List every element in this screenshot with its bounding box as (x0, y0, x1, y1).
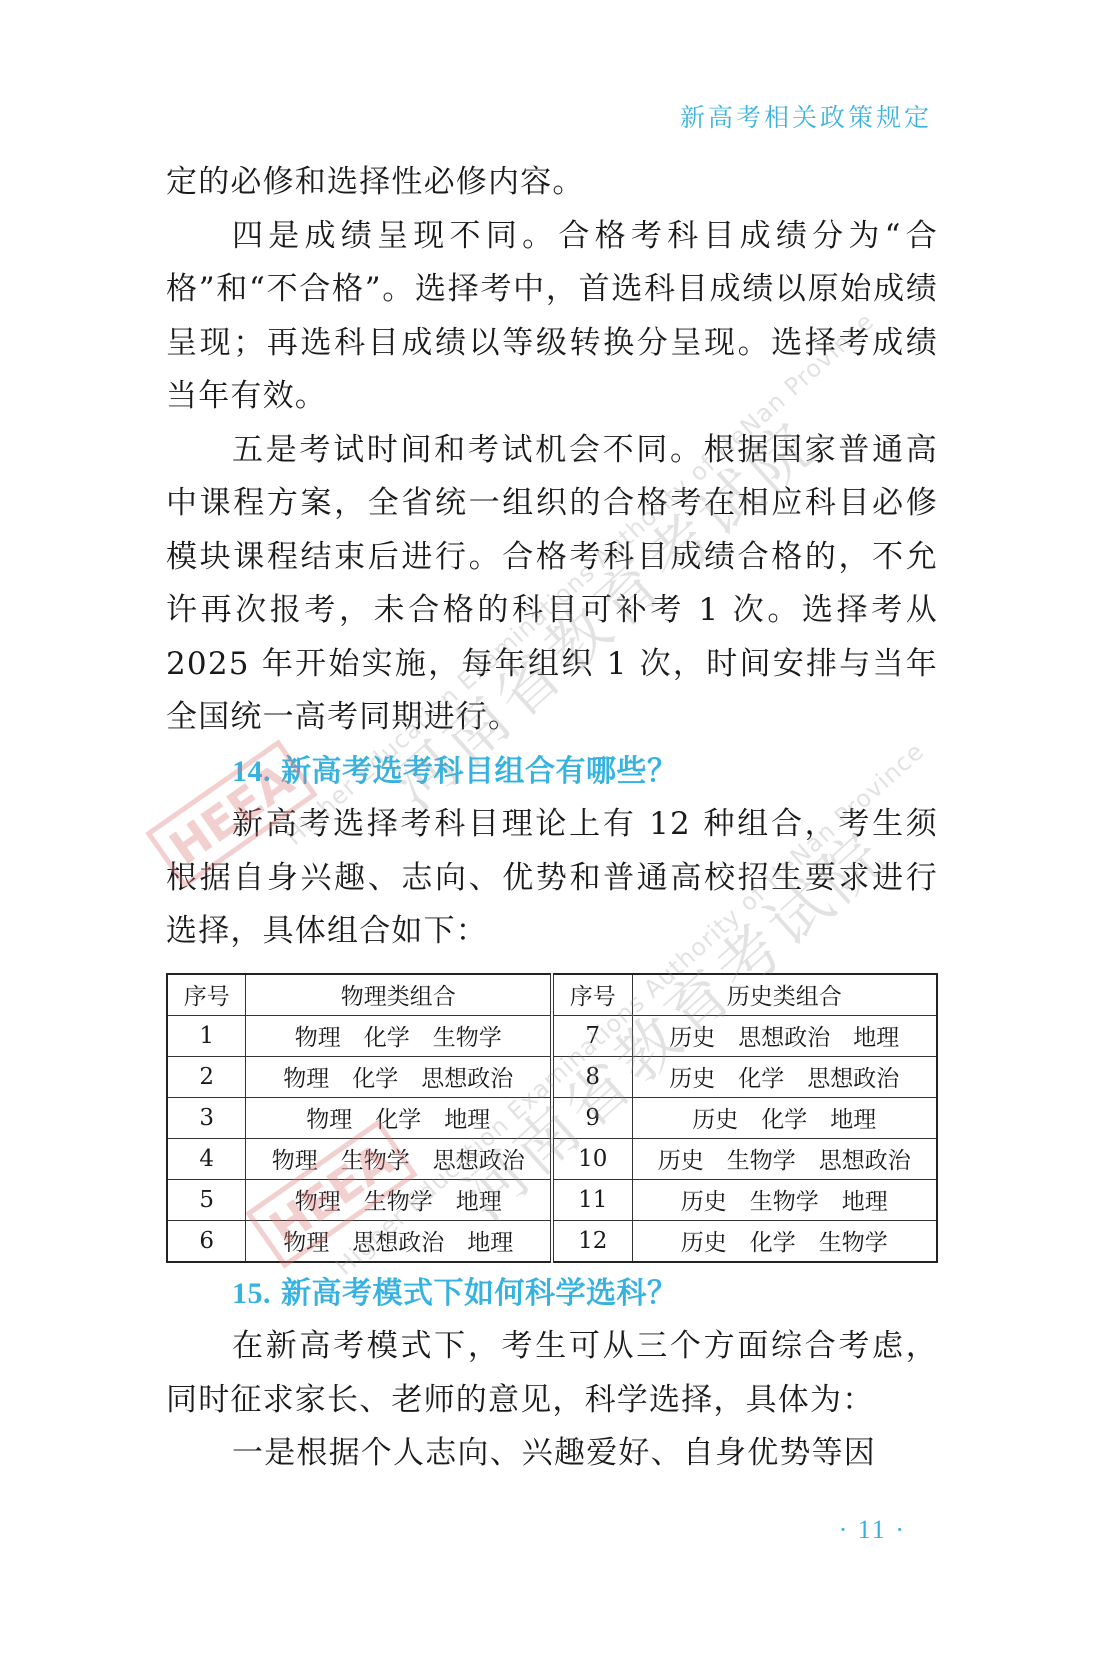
cell-physics-combo: 物理 化学 地理 (246, 1097, 552, 1138)
paragraph: 一是根据个人志向、兴趣爱好、自身优势等因 (166, 1427, 938, 1481)
paragraph: 五是考试时间和考试机会不同。根据国家普通高中课程方案，全省统一组织的合格考在相应… (166, 424, 938, 745)
cell-index: 11 (552, 1179, 632, 1220)
page-number: · 11 · (839, 1515, 906, 1545)
paragraph: 新高考选择考科目理论上有 12 种组合，考生须根据自身兴趣、志向、优势和普通高校… (166, 798, 938, 959)
cell-index: 12 (552, 1220, 632, 1262)
paragraph: 在新高考模式下，考生可从三个方面综合考虑，同时征求家长、老师的意见，科学选择，具… (166, 1320, 938, 1427)
running-head: 新高考相关政策规定 (680, 98, 932, 134)
section-heading-15: 15.新高考模式下如何科学选科？ (166, 1267, 938, 1321)
book-page: 新高考相关政策规定 定的必修和选择性必修内容。 四是成绩呈现不同。合格考科目成绩… (0, 0, 1102, 1654)
table-header-row: 序号 物理类组合 序号 历史类组合 (167, 974, 937, 1016)
cell-physics-combo: 物理 化学 思想政治 (246, 1056, 552, 1097)
cell-index: 5 (167, 1179, 246, 1220)
cell-physics-combo: 物理 思想政治 地理 (246, 1220, 552, 1262)
cell-index: 7 (552, 1015, 632, 1056)
cell-physics-combo: 物理 生物学 地理 (246, 1179, 552, 1220)
table-row: 2 物理 化学 思想政治 8 历史 化学 思想政治 (167, 1056, 937, 1097)
table-row: 4 物理 生物学 思想政治 10 历史 生物学 思想政治 (167, 1138, 937, 1179)
cell-history-combo: 历史 思想政治 地理 (632, 1015, 937, 1056)
cell-history-combo: 历史 化学 地理 (632, 1097, 937, 1138)
section-number: 15. (232, 1277, 271, 1310)
cell-index: 10 (552, 1138, 632, 1179)
section-number: 14. (232, 755, 271, 788)
cell-history-combo: 历史 化学 生物学 (632, 1220, 937, 1262)
paragraph: 四是成绩呈现不同。合格考科目成绩分为“合格”和“不合格”。选择考中，首选科目成绩… (166, 210, 938, 424)
cell-index: 2 (167, 1056, 246, 1097)
section-title: 新高考模式下如何科学选科？ (281, 1276, 678, 1311)
cell-index: 1 (167, 1015, 246, 1056)
cell-index: 8 (552, 1056, 632, 1097)
section-heading-14: 14.新高考选考科目组合有哪些？ (166, 745, 938, 799)
table-row: 6 物理 思想政治 地理 12 历史 化学 生物学 (167, 1220, 937, 1262)
header-physics-combo: 物理类组合 (246, 974, 552, 1016)
table-row: 5 物理 生物学 地理 11 历史 生物学 地理 (167, 1179, 937, 1220)
paragraph: 定的必修和选择性必修内容。 (166, 156, 938, 210)
header-index: 序号 (167, 974, 246, 1016)
cell-history-combo: 历史 生物学 思想政治 (632, 1138, 937, 1179)
section-title: 新高考选考科目组合有哪些？ (281, 754, 678, 789)
page-content: 定的必修和选择性必修内容。 四是成绩呈现不同。合格考科目成绩分为“合格”和“不合… (166, 156, 938, 1481)
cell-index: 9 (552, 1097, 632, 1138)
cell-index: 4 (167, 1138, 246, 1179)
cell-physics-combo: 物理 化学 生物学 (246, 1015, 552, 1056)
cell-history-combo: 历史 化学 思想政治 (632, 1056, 937, 1097)
subject-combination-table: 序号 物理类组合 序号 历史类组合 1 物理 化学 生物学 7 历史 思想政治 … (166, 973, 938, 1263)
header-history-combo: 历史类组合 (632, 974, 937, 1016)
cell-index: 6 (167, 1220, 246, 1262)
cell-history-combo: 历史 生物学 地理 (632, 1179, 937, 1220)
header-index: 序号 (552, 974, 632, 1016)
cell-index: 3 (167, 1097, 246, 1138)
combination-table-wrap: 序号 物理类组合 序号 历史类组合 1 物理 化学 生物学 7 历史 思想政治 … (166, 973, 938, 1263)
table-row: 3 物理 化学 地理 9 历史 化学 地理 (167, 1097, 937, 1138)
table-row: 1 物理 化学 生物学 7 历史 思想政治 地理 (167, 1015, 937, 1056)
cell-physics-combo: 物理 生物学 思想政治 (246, 1138, 552, 1179)
